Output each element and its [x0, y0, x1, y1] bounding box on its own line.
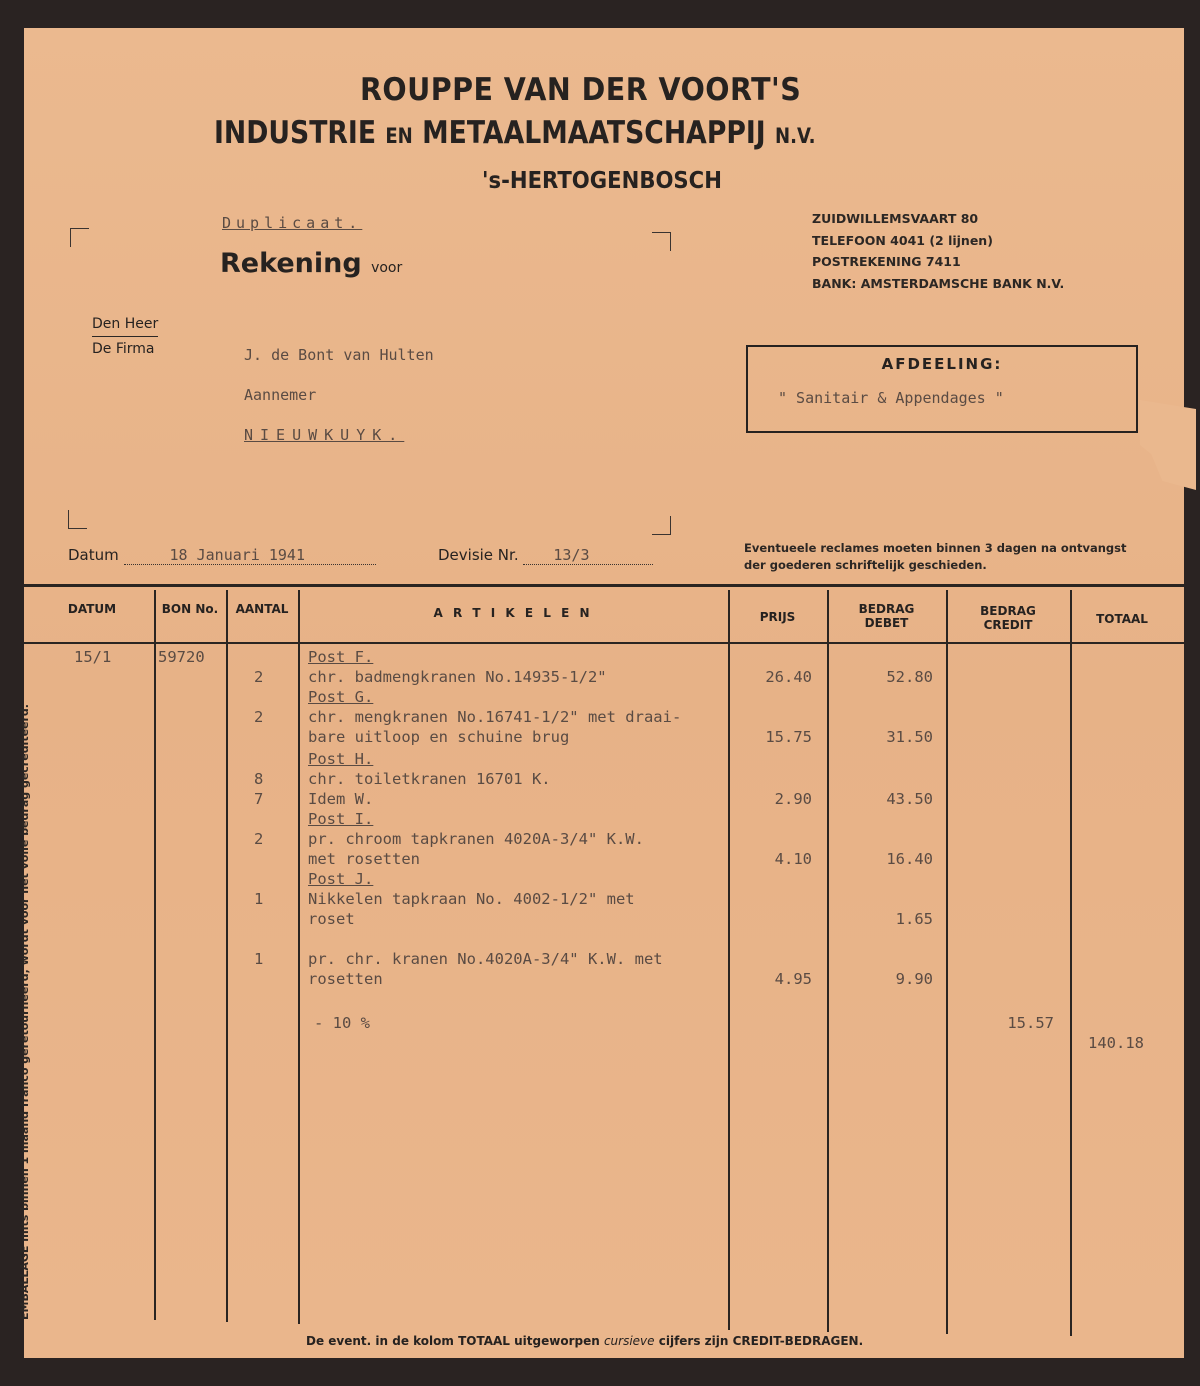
- th-debet-line2: DEBET: [827, 616, 946, 630]
- table-header-rule: [24, 642, 1184, 644]
- col-divider-6: [946, 590, 948, 1334]
- cell-prijs: 4.95: [728, 970, 812, 988]
- col-divider-5: [827, 590, 829, 1332]
- cell-debet: 43.50: [827, 790, 933, 808]
- th-bon: BON No.: [154, 602, 226, 616]
- title-voor: voor: [371, 260, 402, 276]
- cell-debet: 1.65: [827, 910, 933, 928]
- th-datum: DATUM: [30, 602, 154, 616]
- cell-aantal: 2: [254, 830, 263, 848]
- label-de-firma: De Firma: [92, 337, 158, 361]
- cell-prijs: 4.10: [728, 850, 812, 868]
- duplicate-mark: Duplicaat.: [222, 214, 362, 232]
- cell-debet: 52.80: [827, 668, 933, 686]
- company-city: 's-HERTOGENBOSCH: [482, 168, 722, 194]
- post-heading: Post F.: [308, 648, 373, 666]
- footer-note: De event. in de kolom TOTAAL uitgeworpen…: [306, 1334, 863, 1348]
- footer-italic: cursieve: [604, 1334, 655, 1348]
- th-debet: BEDRAG DEBET: [827, 602, 946, 630]
- totaal-value: 140.18: [1070, 1034, 1144, 1052]
- col-divider-7: [1070, 590, 1072, 1336]
- addressee-labels: Den Heer De Firma: [92, 312, 158, 361]
- cell-artikel: roset: [308, 910, 355, 928]
- table-top-rule: [24, 584, 1184, 587]
- cell-aantal: 2: [254, 708, 263, 726]
- window-corner-br: [652, 516, 671, 535]
- cell-prijs: 15.75: [728, 728, 812, 746]
- footer-part1: De event. in de kolom TOTAAL uitgeworpen: [306, 1334, 600, 1348]
- th-credit-line2: CREDIT: [946, 618, 1070, 632]
- datum-field: Datum 18 Januari 1941: [68, 546, 376, 565]
- address-postrekening: POSTREKENING 7411: [812, 251, 1064, 273]
- cell-artikel: rosetten: [308, 970, 383, 988]
- cell-datum: 15/1: [74, 648, 111, 666]
- cell-artikel: met rosetten: [308, 850, 420, 868]
- credit-value: 15.57: [946, 1014, 1054, 1032]
- cell-aantal: 1: [254, 950, 263, 968]
- department-label: AFDEELING:: [748, 355, 1136, 373]
- cell-artikel: Nikkelen tapkraan No. 4002-1/2" met: [308, 890, 635, 908]
- th-prijs: PRIJS: [728, 610, 827, 624]
- cell-aantal: 2: [254, 668, 263, 686]
- cell-aantal: 1: [254, 890, 263, 908]
- devisie-field: Devisie Nr. 13/3: [438, 546, 653, 565]
- addressee-profession: Aannemer: [244, 386, 434, 426]
- cell-artikel: chr. badmengkranen No.14935-1/2": [308, 668, 607, 686]
- footer-part2: cijfers zijn CREDIT-BEDRAGEN.: [659, 1334, 863, 1348]
- cell-artikel: pr. chroom tapkranen 4020A-3/4" K.W.: [308, 830, 644, 848]
- cell-aantal: 8: [254, 770, 263, 788]
- address-street: ZUIDWILLEMSVAART 80: [812, 208, 1064, 230]
- cell-artikel: chr. toiletkranen 16701 K.: [308, 770, 551, 788]
- cell-artikel: Idem W.: [308, 790, 373, 808]
- reclame-line-2: der goederen schriftelijk geschieden.: [744, 557, 1126, 574]
- cell-aantal: 7: [254, 790, 263, 808]
- col-divider-4: [728, 590, 730, 1330]
- label-den-heer: Den Heer: [92, 312, 158, 337]
- reclame-notice: Eventueele reclames moeten binnen 3 dage…: [744, 540, 1126, 574]
- th-debet-line1: BEDRAG: [827, 602, 946, 616]
- company-word-nv: N.V.: [775, 124, 815, 148]
- window-corner-tl: [70, 228, 89, 247]
- th-totaal: TOTAAL: [1070, 612, 1174, 626]
- cell-prijs: 26.40: [728, 668, 812, 686]
- reclame-line-1: Eventueele reclames moeten binnen 3 dage…: [744, 540, 1126, 557]
- address-bank: BANK: AMSTERDAMSCHE BANK N.V.: [812, 273, 1064, 295]
- department-box: AFDEELING: " Sanitair & Appendages ": [746, 345, 1138, 433]
- cell-debet: 31.50: [827, 728, 933, 746]
- addressee-place: NIEUWKUYK.: [244, 426, 404, 444]
- th-credit-line1: BEDRAG: [946, 604, 1070, 618]
- cell-debet: 16.40: [827, 850, 933, 868]
- addressee-block: J. de Bont van Hulten Aannemer NIEUWKUYK…: [244, 346, 434, 466]
- datum-label: Datum: [68, 546, 119, 564]
- col-divider-2: [226, 590, 228, 1322]
- post-heading: Post I.: [308, 810, 373, 828]
- company-name-line2: INDUSTRIE EN METAALMAATSCHAPPIJ N.V.: [214, 115, 816, 151]
- company-name-line1: ROUPPE VAN DER VOORT'S: [360, 72, 801, 108]
- devisie-label: Devisie Nr.: [438, 546, 519, 564]
- cell-artikel: chr. mengkranen No.16741-1/2" met draai-: [308, 708, 681, 726]
- company-word-metaal: METAALMAATSCHAPPIJ: [422, 115, 766, 151]
- title-rekening: Rekening: [220, 248, 362, 279]
- address-phone: TELEFOON 4041 (2 lijnen): [812, 230, 1064, 252]
- cell-bon: 59720: [158, 648, 205, 666]
- window-corner-bl: [68, 510, 87, 529]
- window-corner-tr: [652, 232, 671, 251]
- col-divider-1: [154, 590, 156, 1320]
- cell-artikel: pr. chr. kranen No.4020A-3/4" K.W. met: [308, 950, 663, 968]
- th-artikelen: A R T I K E L E N: [298, 606, 728, 620]
- company-word-en: EN: [385, 124, 412, 148]
- th-credit: BEDRAG CREDIT: [946, 604, 1070, 632]
- datum-value: 18 Januari 1941: [124, 546, 376, 565]
- department-value: " Sanitair & Appendages ": [778, 389, 1004, 407]
- post-heading: Post J.: [308, 870, 373, 888]
- col-divider-3: [298, 590, 300, 1324]
- post-heading: Post G.: [308, 688, 373, 706]
- devisie-value: 13/3: [523, 546, 653, 565]
- th-aantal: AANTAL: [226, 602, 298, 616]
- emballage-note: EMBALLAGE mits binnen 1 maand franco ger…: [18, 704, 31, 1320]
- company-address: ZUIDWILLEMSVAART 80 TELEFOON 4041 (2 lij…: [812, 208, 1064, 294]
- addressee-name: J. de Bont van Hulten: [244, 346, 434, 386]
- document-title: Rekening voor: [220, 248, 402, 279]
- cell-prijs: 2.90: [728, 790, 812, 808]
- company-word-industrie: INDUSTRIE: [214, 115, 376, 151]
- post-heading: Post H.: [308, 750, 373, 768]
- cell-debet: 9.90: [827, 970, 933, 988]
- cell-artikel: bare uitloop en schuine brug: [308, 728, 569, 746]
- discount-label: - 10 %: [314, 1014, 370, 1032]
